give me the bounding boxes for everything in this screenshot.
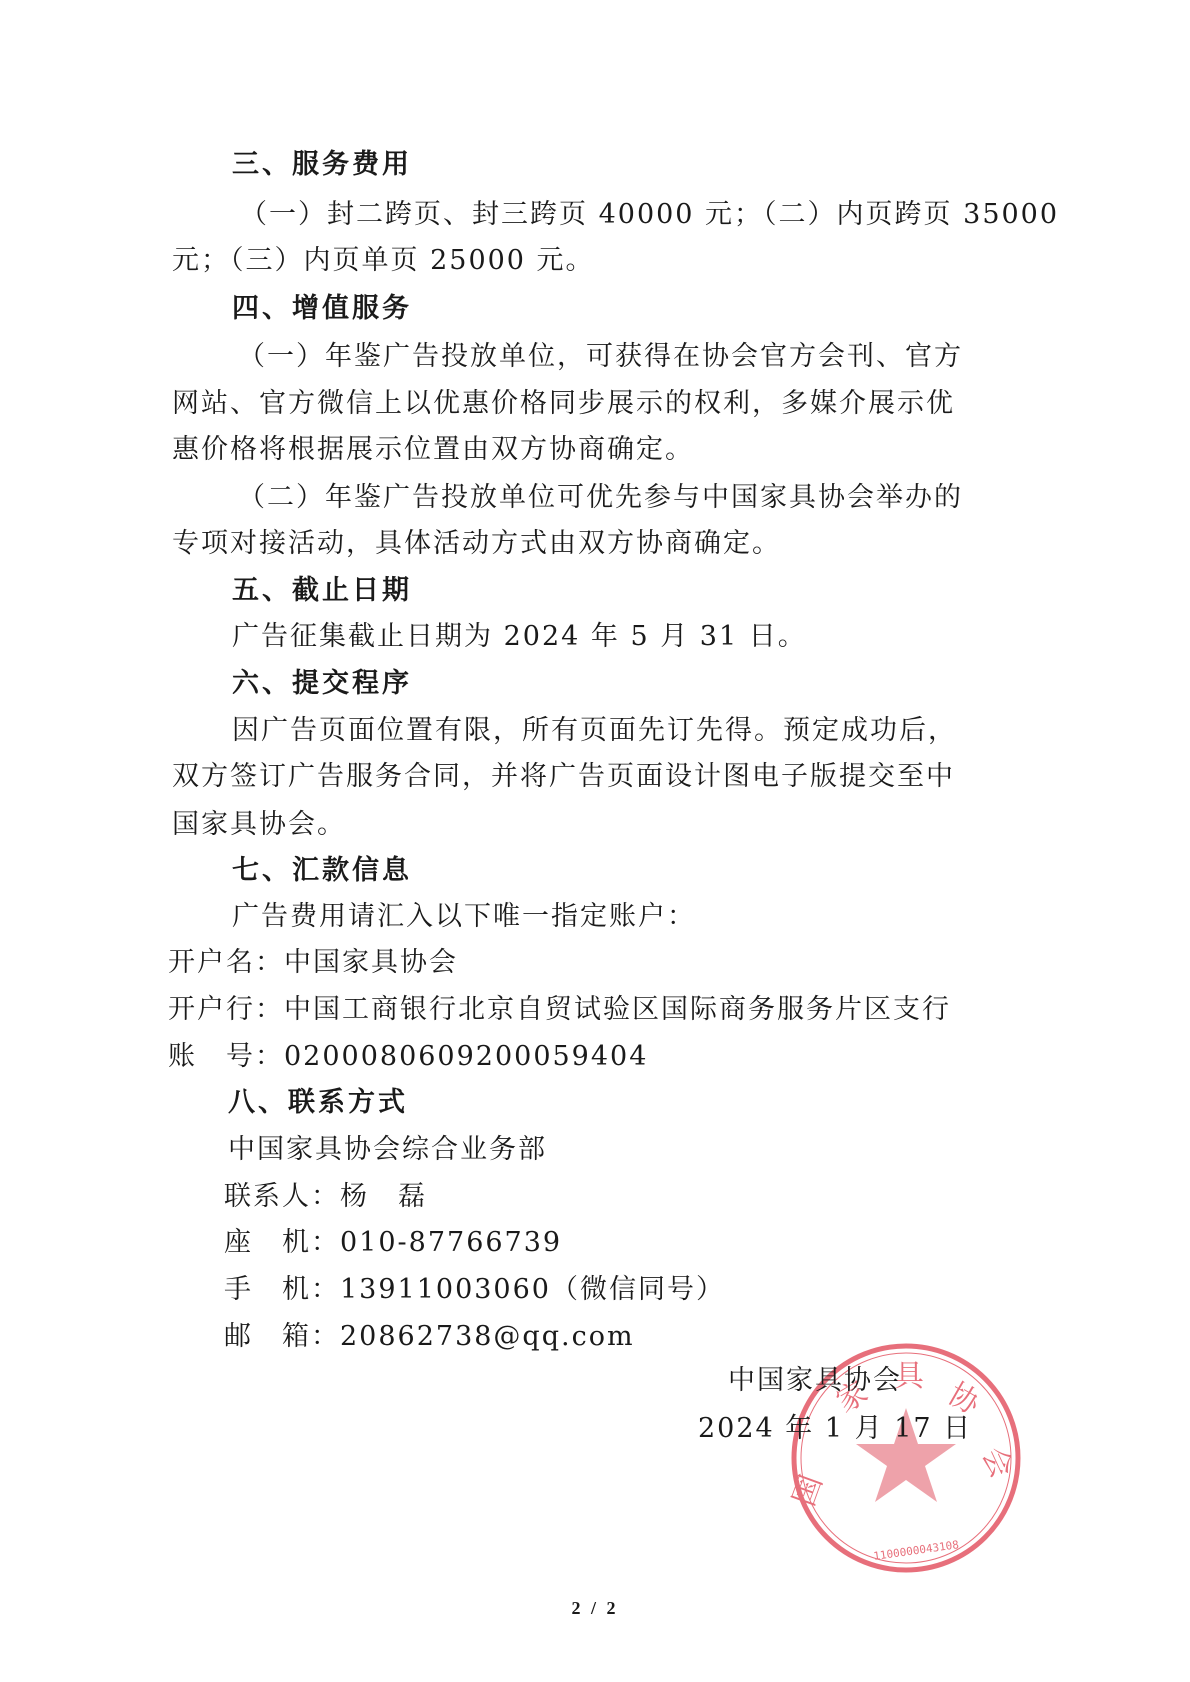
account-number-row: 账 号：0200080609200059404: [168, 1040, 648, 1074]
account-name-value: 中国家具协会: [284, 947, 458, 978]
contact-landline-label: 座 机：: [224, 1227, 340, 1258]
page-number: 2 / 2: [0, 1598, 1190, 1619]
contact-landline-value: 010-87766739: [340, 1227, 562, 1258]
paragraph-line: 元；（三）内页单页 25000 元。: [172, 244, 595, 278]
paragraph-line: （二）年鉴广告投放单位可优先参与中国家具协会举办的: [238, 481, 963, 515]
paragraph-line: 因广告页面位置有限，所有页面先订先得。预定成功后，: [232, 714, 957, 748]
contact-email-row: 邮 箱：20862738@qq.com: [224, 1320, 635, 1354]
account-name-label: 开户名：: [168, 947, 284, 978]
section-heading-deadline: 五、截止日期: [232, 574, 412, 608]
contact-email-value: 20862738@qq.com: [340, 1321, 635, 1352]
account-number-value: 0200080609200059404: [284, 1041, 648, 1072]
contact-mobile-row: 手 机：13911003060（微信同号）: [224, 1273, 725, 1307]
contact-email-label: 邮 箱：: [224, 1321, 340, 1352]
paragraph-line: （一）年鉴广告投放单位，可获得在协会官方会刊、官方: [238, 340, 963, 374]
contact-person-value: 杨 磊: [340, 1181, 427, 1212]
contact-person-row: 联系人：杨 磊: [224, 1180, 427, 1214]
paragraph-line: 广告征集截止日期为 2024 年 5 月 31 日。: [232, 620, 807, 654]
svg-text:会: 会: [975, 1442, 1019, 1484]
section-heading-submission: 六、提交程序: [232, 667, 412, 701]
account-bank-row: 开户行：中国工商银行北京自贸试验区国际商务服务片区支行: [168, 993, 951, 1027]
contact-person-label: 联系人：: [224, 1181, 340, 1212]
section-heading-service-fees: 三、服务费用: [232, 148, 412, 182]
account-bank-value: 中国工商银行北京自贸试验区国际商务服务片区支行: [284, 994, 951, 1025]
contact-mobile-label: 手 机：: [224, 1274, 340, 1305]
section-heading-value-added: 四、增值服务: [232, 292, 412, 326]
account-number-label: 账 号：: [168, 1041, 284, 1072]
paragraph-line: 双方签订广告服务合同，并将广告页面设计图电子版提交至中: [172, 760, 955, 794]
signature-organization: 中国家具协会: [728, 1364, 902, 1398]
paragraph-line: 惠价格将根据展示位置由双方协商确定。: [172, 433, 694, 467]
contact-mobile-value: 13911003060（微信同号）: [340, 1274, 725, 1305]
contact-department: 中国家具协会综合业务部: [228, 1133, 547, 1167]
paragraph-line: 网站、官方微信上以优惠价格同步展示的权利，多媒介展示优: [172, 387, 955, 421]
paragraph-line: 广告费用请汇入以下唯一指定账户：: [232, 900, 696, 934]
paragraph-line: （一）封二跨页、封三跨页 40000 元；（二）内页跨页 35000: [240, 198, 1059, 232]
section-heading-contact: 八、联系方式: [228, 1086, 408, 1120]
section-heading-remittance: 七、汇款信息: [232, 854, 412, 888]
account-bank-label: 开户行：: [168, 994, 284, 1025]
account-name-row: 开户名：中国家具协会: [168, 946, 458, 980]
contact-landline-row: 座 机：010-87766739: [224, 1226, 562, 1260]
paragraph-line: 专项对接活动，具体活动方式由双方协商确定。: [172, 527, 781, 561]
signature-date: 2024 年 1 月 17 日: [698, 1412, 972, 1446]
svg-text:1100000043108: 1100000043108: [873, 1538, 960, 1563]
paragraph-line: 国家具协会。: [172, 808, 346, 842]
